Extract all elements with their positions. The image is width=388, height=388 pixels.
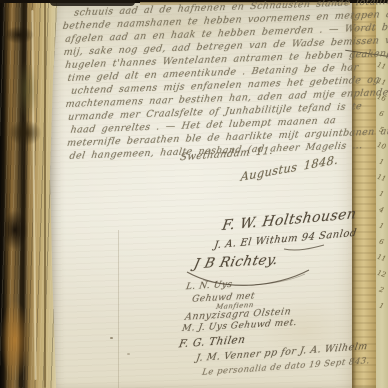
binding-dark-sliver [44, 0, 46, 388]
page-crease-line [118, 230, 119, 388]
binding-torn-patch [4, 26, 34, 44]
binding-torn-patch [8, 120, 42, 146]
signature-wilhum-underline [283, 244, 325, 252]
scanned-manuscript-photo: schuuis aad al de hafnenen en Schnausten… [0, 0, 388, 388]
binding-amber-glow [0, 300, 30, 380]
ink-speck [127, 353, 130, 355]
binding-olive-patch [16, 60, 38, 120]
ink-speck [110, 337, 113, 339]
binding-torn-patch [2, 210, 28, 250]
